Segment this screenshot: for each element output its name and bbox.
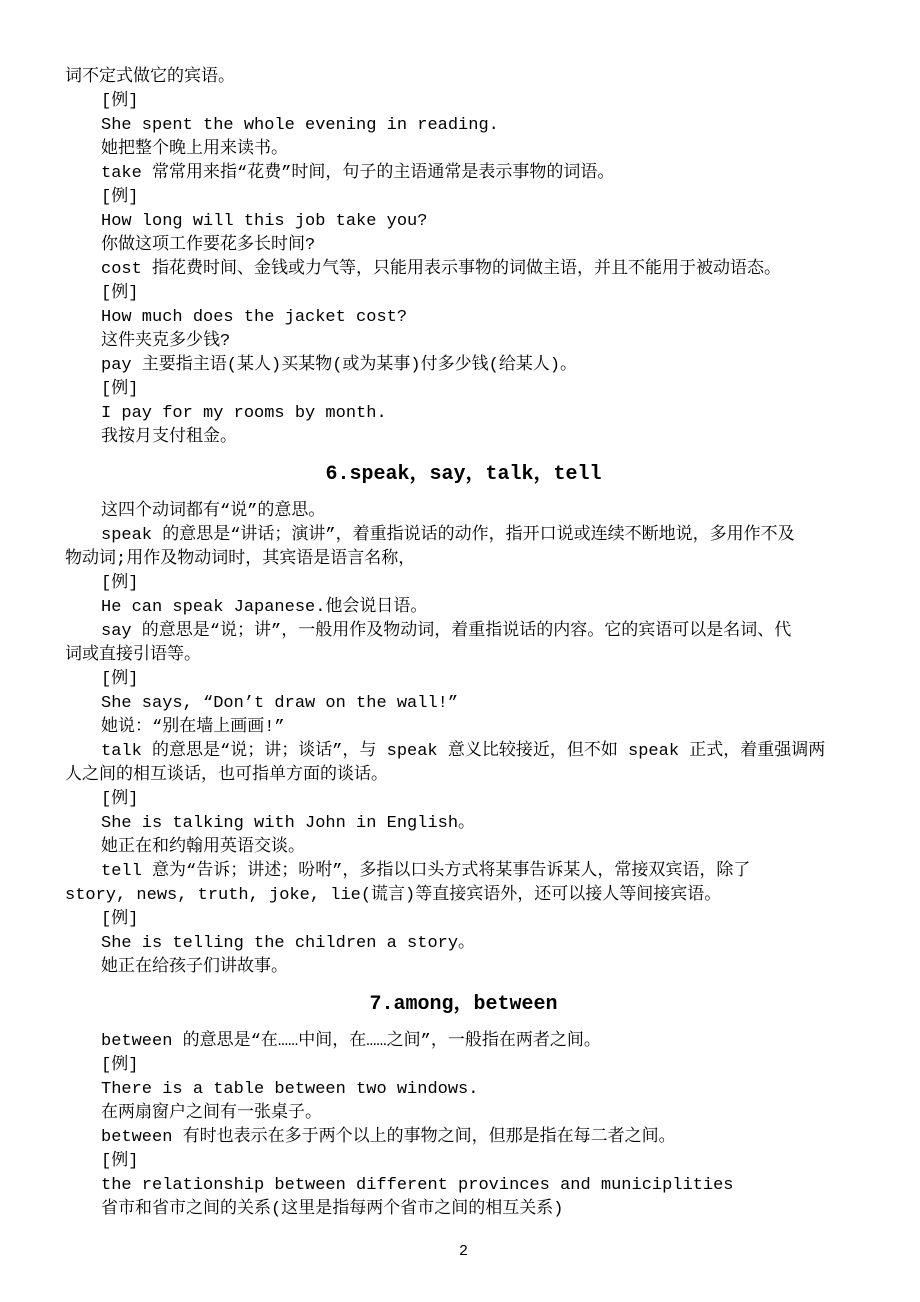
example-sentence-zh: 她把整个晚上用来读书。: [65, 138, 862, 162]
example-label: [例]: [65, 186, 862, 210]
document-page: 词不定式做它的宾语。 [例] She spent the whole eveni…: [0, 0, 920, 1302]
page-number: 2: [65, 1242, 862, 1262]
example-label: [例]: [65, 378, 862, 402]
example-label: [例]: [65, 668, 862, 692]
example-sentence-zh: 我按月支付租金。: [65, 426, 862, 450]
example-sentence-en: How much does the jacket cost?: [65, 306, 862, 330]
example-sentence-zh: 她正在给孩子们讲故事。: [65, 956, 862, 980]
text-line: 物动词;用作及物动词时，其宾语是语言名称，: [65, 548, 862, 572]
text-line: take 常常用来指“花费”时间，句子的主语通常是表示事物的词语。: [65, 162, 862, 186]
example-sentence-en: She says, “Don’t draw on the wall!”: [65, 692, 862, 716]
text-line: 词或直接引语等。: [65, 644, 862, 668]
example-label: [例]: [65, 572, 862, 596]
example-sentence-en: He can speak Japanese.他会说日语。: [65, 596, 862, 620]
example-label: [例]: [65, 1150, 862, 1174]
text-line: between 有时也表示在多于两个以上的事物之间，但那是指在每二者之间。: [65, 1126, 862, 1150]
example-sentence-en: I pay for my rooms by month.: [65, 402, 862, 426]
example-label: [例]: [65, 282, 862, 306]
example-label: [例]: [65, 90, 862, 114]
example-sentence-en: How long will this job take you?: [65, 210, 862, 234]
example-sentence-en: the relationship between different provi…: [65, 1174, 862, 1198]
example-label: [例]: [65, 788, 862, 812]
text-line: talk 的意思是“说；讲；谈话”，与 speak 意义比较接近，但不如 spe…: [65, 740, 862, 764]
example-label: [例]: [65, 908, 862, 932]
example-sentence-zh: 她说：“别在墙上画画!”: [65, 716, 862, 740]
example-sentence-en: There is a table between two windows.: [65, 1078, 862, 1102]
text-line: 这四个动词都有“说”的意思。: [65, 500, 862, 524]
example-sentence-en: She is telling the children a story。: [65, 932, 862, 956]
text-line: pay 主要指主语(某人)买某物(或为某事)付多少钱(给某人)。: [65, 354, 862, 378]
example-sentence-en: She is talking with John in English。: [65, 812, 862, 836]
text-line: 词不定式做它的宾语。: [65, 66, 862, 90]
text-line: say 的意思是“说；讲”，一般用作及物动词，着重指说话的内容。它的宾语可以是名…: [65, 620, 862, 644]
text-line: between 的意思是“在……中间，在……之间”，一般指在两者之间。: [65, 1030, 862, 1054]
example-sentence-zh: 在两扇窗户之间有一张桌子。: [65, 1102, 862, 1126]
example-sentence-en: She spent the whole evening in reading.: [65, 114, 862, 138]
example-label: [例]: [65, 1054, 862, 1078]
example-sentence-zh: 她正在和约翰用英语交谈。: [65, 836, 862, 860]
text-line: story, news, truth, joke, lie(谎言)等直接宾语外，…: [65, 884, 862, 908]
section-7-heading: 7.among，between: [65, 990, 862, 1020]
example-sentence-zh: 你做这项工作要花多长时间?: [65, 234, 862, 258]
example-sentence-zh: 这件夹克多少钱?: [65, 330, 862, 354]
text-line: speak 的意思是“讲话；演讲”，着重指说话的动作，指开口说或连续不断地说，多…: [65, 524, 862, 548]
section-6-heading: 6.speak，say，talk，tell: [65, 460, 862, 490]
example-sentence-zh: 省市和省市之间的关系(这里是指每两个省市之间的相互关系): [65, 1198, 862, 1222]
text-line: cost 指花费时间、金钱或力气等，只能用表示事物的词做主语，并且不能用于被动语…: [65, 258, 862, 282]
text-line: 人之间的相互谈话，也可指单方面的谈话。: [65, 764, 862, 788]
text-line: tell 意为“告诉；讲述；吩咐”，多指以口头方式将某事告诉某人，常接双宾语，除…: [65, 860, 862, 884]
